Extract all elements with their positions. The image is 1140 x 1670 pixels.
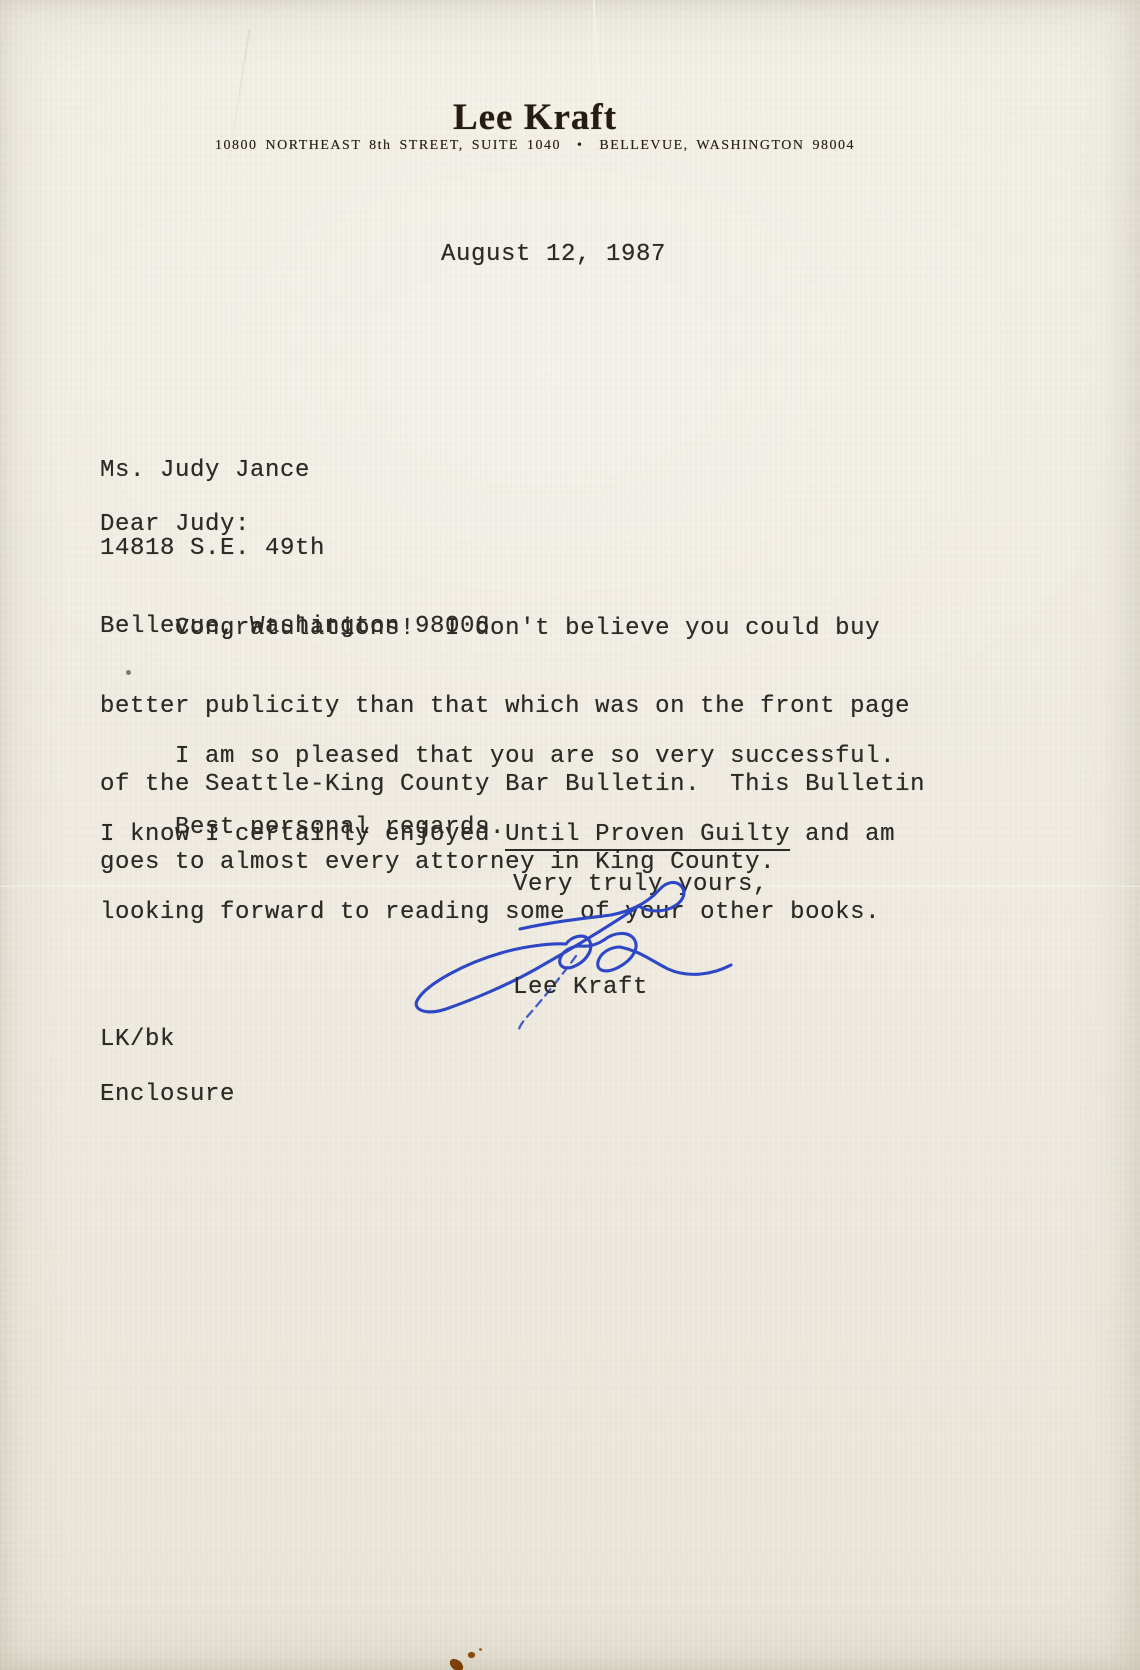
letterhead-address: 10800 NORTHEAST 8th STREET, SUITE 1040 •… [0, 138, 1070, 154]
recipient-street: 14818 S.E. 49th [100, 536, 490, 562]
letterhead-name: Lee Kraft [0, 96, 1070, 139]
salutation: Dear Judy: [100, 512, 250, 538]
date-line: August 12, 1987 [441, 242, 666, 268]
recipient-name: Ms. Judy Jance [100, 458, 490, 484]
ink-speck [126, 670, 131, 675]
enclosure-notation: Enclosure [100, 1082, 235, 1108]
rust-stain [468, 1652, 475, 1658]
valediction: Very truly yours, [513, 872, 768, 898]
letter-page: Lee Kraft 10800 NORTHEAST 8th STREET, SU… [0, 0, 1140, 1670]
typed-signature-name: Lee Kraft [513, 975, 648, 1001]
body-paragraph-3: Best personal regards. [100, 815, 505, 841]
rust-stain [448, 1656, 466, 1670]
reference-initials: LK/bk [100, 1027, 175, 1053]
body-text: and am [790, 821, 895, 848]
body-line: Congratulations! I don't believe you cou… [100, 616, 925, 642]
rust-stain [479, 1648, 482, 1651]
book-title-underlined: Until Proven Guilty [505, 821, 790, 851]
body-line: looking forward to reading some of your … [100, 900, 895, 926]
body-line: I am so pleased that you are so very suc… [100, 744, 895, 770]
